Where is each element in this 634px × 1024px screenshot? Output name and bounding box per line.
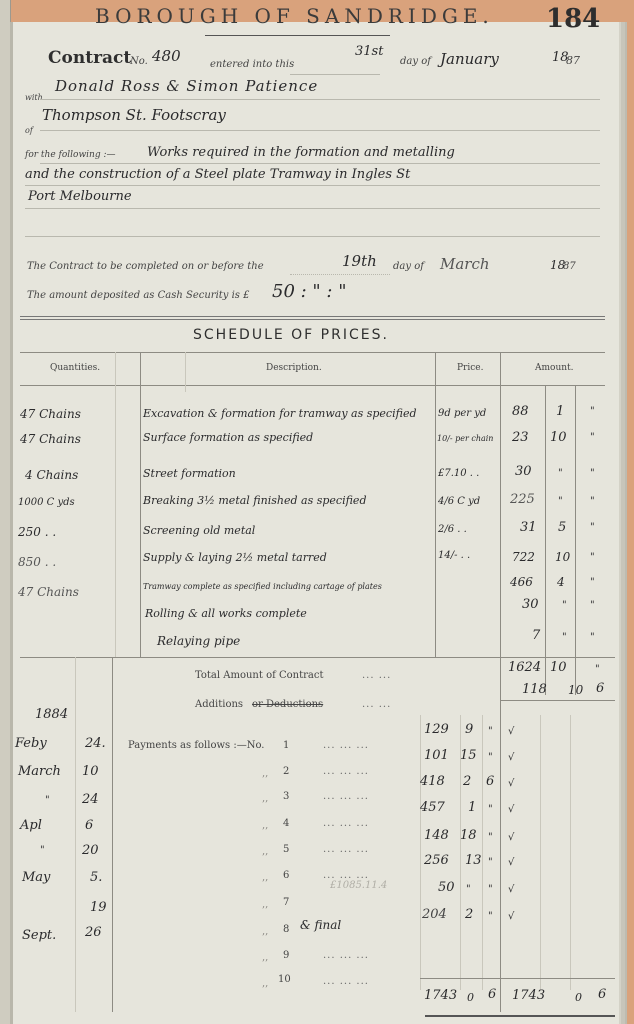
col-header-price: Price. — [457, 363, 483, 373]
row-pounds: 466 — [510, 575, 533, 589]
payment-dots: ... ... ... — [323, 844, 369, 855]
row-pence: " — [590, 632, 595, 643]
row-pounds: 225 — [510, 492, 535, 507]
row-pounds: 31 — [520, 520, 537, 535]
payment-pounds: 50 — [438, 880, 455, 895]
payment-month: " — [40, 845, 45, 856]
total-pence: " — [595, 664, 600, 675]
row-shillings: " — [558, 468, 563, 479]
payment-pounds: 256 — [424, 853, 449, 868]
payments-total-shillings: 0 — [467, 991, 474, 1004]
ditto-mark: ,, — [262, 793, 268, 804]
ditto-mark: ,, — [262, 926, 268, 937]
ditto-mark: ,, — [262, 768, 268, 779]
payments-total-pounds: 1743 — [424, 988, 457, 1003]
payment-number: 10 — [278, 974, 291, 985]
contractor-address: Thompson St. Footscray — [42, 106, 226, 124]
payment-dots: ... ... ... — [323, 791, 369, 802]
payment-dots: ... ... ... — [323, 950, 369, 961]
col-header-description: Description. — [266, 363, 322, 373]
section-divider — [20, 316, 605, 320]
payment-month: March — [18, 764, 61, 779]
row-description: Excavation & formation for tramway as sp… — [143, 407, 417, 420]
row-description: Street formation — [143, 467, 236, 480]
row-pounds: 722 — [512, 550, 535, 564]
payment-dots: ... ... ... — [323, 976, 369, 987]
payment-pence: " — [488, 832, 493, 843]
work-description-line-2: and the construction of a Steel plate Tr… — [25, 167, 410, 182]
ditto-mark: ,, — [262, 872, 268, 883]
row-description: Surface formation as specified — [143, 431, 313, 444]
row-description: Supply & laying 2½ metal tarred — [143, 551, 327, 564]
total-contract-label: Total Amount of Contract — [195, 670, 323, 681]
with-label: with — [25, 93, 43, 102]
payment-month: Feby — [15, 736, 47, 751]
payment-shillings: 13 — [465, 853, 482, 868]
row-quantity: 850 . . — [18, 555, 56, 569]
row-pounds: 23 — [512, 430, 529, 445]
payment-number: 2 — [283, 766, 289, 777]
row-quantity: 47 Chains — [20, 407, 81, 421]
completion-day: 19th — [342, 252, 377, 270]
payment-shillings: 15 — [460, 748, 477, 763]
payment-number: 4 — [283, 818, 289, 829]
security-label: The amount deposited as Cash Security is… — [27, 290, 249, 301]
row-pence: " — [590, 432, 595, 443]
payment-pounds: 204 — [422, 907, 447, 922]
following-label: for the following :— — [25, 150, 115, 160]
payment-checkmark: √ — [508, 778, 514, 789]
payment-number: 6 — [283, 870, 289, 881]
row-quantity: 250 . . — [18, 525, 56, 539]
payment-note-final: & final — [300, 918, 341, 932]
row-description: Rolling & all works complete — [145, 607, 307, 620]
total-dots: ... ... — [362, 670, 391, 681]
row-pence: " — [590, 600, 595, 611]
payment-month: May — [22, 870, 50, 885]
payment-shillings: 18 — [460, 828, 477, 843]
col-header-amount: Amount. — [535, 363, 574, 373]
of-label: of — [25, 126, 33, 135]
payment-checkmark: √ — [508, 752, 514, 763]
deductions-struck-label: or Deductions — [252, 699, 323, 710]
contract-month: January — [440, 50, 499, 68]
payment-pence: " — [488, 804, 493, 815]
payment-pence: " — [488, 857, 493, 868]
payment-checkmark: √ — [508, 804, 514, 815]
row-price: 14/- . . — [438, 550, 470, 561]
payment-checkmark: √ — [508, 911, 514, 922]
row-description: Screening old metal — [143, 524, 255, 537]
title-underline — [205, 35, 390, 36]
row-pounds: 30 — [522, 597, 539, 612]
row-pence: " — [590, 406, 595, 417]
payment-shillings: 1 — [468, 800, 476, 815]
row-shillings: 10 — [555, 550, 570, 564]
completion-month: March — [440, 255, 490, 273]
row-shillings: " — [562, 600, 567, 611]
row-price: 2/6 . . — [438, 524, 467, 535]
payments-label: Payments as follows :—No. — [128, 740, 264, 751]
payment-month: Sept. — [22, 928, 56, 943]
payment-pounds: 101 — [424, 748, 449, 763]
payment-pence: " — [488, 726, 493, 737]
work-description-line-1: Works required in the formation and meta… — [147, 145, 455, 160]
ditto-mark: ,, — [262, 952, 268, 963]
payment-number: 3 — [283, 791, 289, 802]
payment-day: 20 — [82, 843, 99, 858]
row-shillings: 1 — [556, 404, 564, 419]
payment-pence: " — [488, 884, 493, 895]
page-number: 184 — [546, 4, 600, 34]
payment-dots: ... ... ... — [323, 740, 369, 751]
payment-pence: " — [488, 752, 493, 763]
payment-day: 10 — [82, 764, 99, 779]
row-quantity: 47 Chains — [20, 432, 81, 446]
ditto-mark: ,, — [262, 820, 268, 831]
col-header-quantities: Quantities. — [50, 363, 100, 373]
payment-shillings: " — [466, 884, 471, 895]
entered-label: entered into this — [210, 59, 294, 70]
row-quantity: 4 Chains — [25, 468, 78, 482]
row-description: Tramway complete as specified including … — [143, 582, 382, 591]
total-shillings: 10 — [550, 660, 567, 675]
row-description: Breaking 3½ metal finished as specified — [143, 494, 367, 507]
contract-year-suffix: 87 — [566, 54, 580, 67]
payment-shillings: 2 — [465, 907, 473, 922]
row-shillings: 4 — [557, 575, 565, 589]
payment-number: 5 — [283, 844, 289, 855]
additions-label: Additions — [195, 699, 243, 710]
payment-day: 5. — [90, 870, 102, 885]
row-pence: " — [590, 552, 595, 563]
completion-label: The Contract to be completed on or befor… — [27, 261, 264, 272]
payment-pencil-note: £1085.11.4 — [330, 880, 387, 891]
row-pounds: 30 — [515, 464, 532, 479]
payment-checkmark: √ — [508, 726, 514, 737]
payment-day: 24 — [82, 792, 99, 807]
row-price: 4/6 C yd — [438, 496, 480, 507]
row-pence: " — [590, 577, 595, 588]
ditto-mark: ,, — [262, 899, 268, 910]
payment-month: " — [45, 795, 50, 806]
security-amount: 50 : " : " — [272, 281, 346, 302]
payment-day: 24. — [85, 736, 106, 751]
ditto-mark: ,, — [262, 978, 268, 989]
completion-day-of-label: day of — [393, 261, 424, 272]
row-shillings: 10 — [550, 430, 567, 445]
payment-checkmark: √ — [508, 857, 514, 868]
payment-number: 7 — [283, 897, 289, 908]
payment-checkmark: √ — [508, 884, 514, 895]
row-price: 10/- per chain — [437, 434, 493, 443]
work-description-line-3: Port Melbourne — [28, 189, 132, 204]
day-of-label: day of — [400, 56, 431, 67]
ditto-mark: ,, — [262, 846, 268, 857]
payment-number: 9 — [283, 950, 289, 961]
additions-pence: 6 — [596, 681, 604, 696]
payment-dots: ... ... ... — [323, 766, 369, 777]
payment-pounds: 457 — [420, 800, 445, 815]
payment-day: 19 — [90, 900, 107, 915]
row-pence: " — [590, 496, 595, 507]
payment-checkmark: √ — [508, 832, 514, 843]
payment-pence: 6 — [486, 774, 494, 789]
contract-number: 480 — [152, 47, 181, 65]
row-quantity: 47 Chains — [18, 585, 79, 599]
row-description: Relaying pipe — [157, 634, 240, 648]
row-shillings: " — [558, 496, 563, 507]
payment-pounds: 418 — [420, 774, 445, 789]
payment-day: 6 — [85, 818, 93, 833]
row-shillings: " — [562, 632, 567, 643]
contractors: Donald Ross & Simon Patience — [55, 77, 318, 95]
row-quantity: 1000 C yds — [18, 497, 75, 508]
payment-day: 26 — [85, 925, 102, 940]
payments-year: 1884 — [35, 707, 68, 722]
contract-no-label: No. — [130, 56, 148, 67]
row-pence: " — [590, 468, 595, 479]
page-title: BOROUGH OF SANDRIDGE. — [95, 4, 494, 28]
payment-pounds: 148 — [424, 828, 449, 843]
payment-number: 1 — [283, 740, 289, 751]
payment-dots: ... ... ... — [323, 818, 369, 829]
additions-pounds: 118 — [522, 682, 547, 697]
completion-year-suffix: 87 — [563, 261, 576, 272]
payments-total-pence: 6 — [488, 987, 496, 1002]
row-price: 9d per yd — [438, 408, 486, 419]
payment-number: 8 — [283, 924, 289, 935]
total-pounds: 1624 — [508, 660, 541, 675]
grand-total-pounds: 1743 — [512, 988, 545, 1003]
payment-shillings: 2 — [463, 774, 471, 789]
payment-pounds: 129 — [424, 722, 449, 737]
additions-shillings: 10 — [568, 683, 583, 697]
contract-label: Contract — [48, 48, 131, 68]
row-pounds: 88 — [512, 404, 529, 419]
contract-day: 31st — [355, 44, 383, 59]
row-shillings: 5 — [558, 520, 566, 535]
grand-total-shillings: 0 — [575, 991, 582, 1004]
row-pounds: 7 — [532, 628, 540, 643]
schedule-title: SCHEDULE OF PRICES. — [193, 327, 389, 343]
payment-month: Apl — [20, 818, 42, 833]
grand-total-pence: 6 — [598, 987, 606, 1002]
row-price: £7.10 . . — [438, 468, 479, 479]
payment-pence: " — [488, 911, 493, 922]
additions-dots: ... ... — [362, 699, 391, 710]
row-pence: " — [590, 522, 595, 533]
payment-shillings: 9 — [465, 722, 473, 737]
